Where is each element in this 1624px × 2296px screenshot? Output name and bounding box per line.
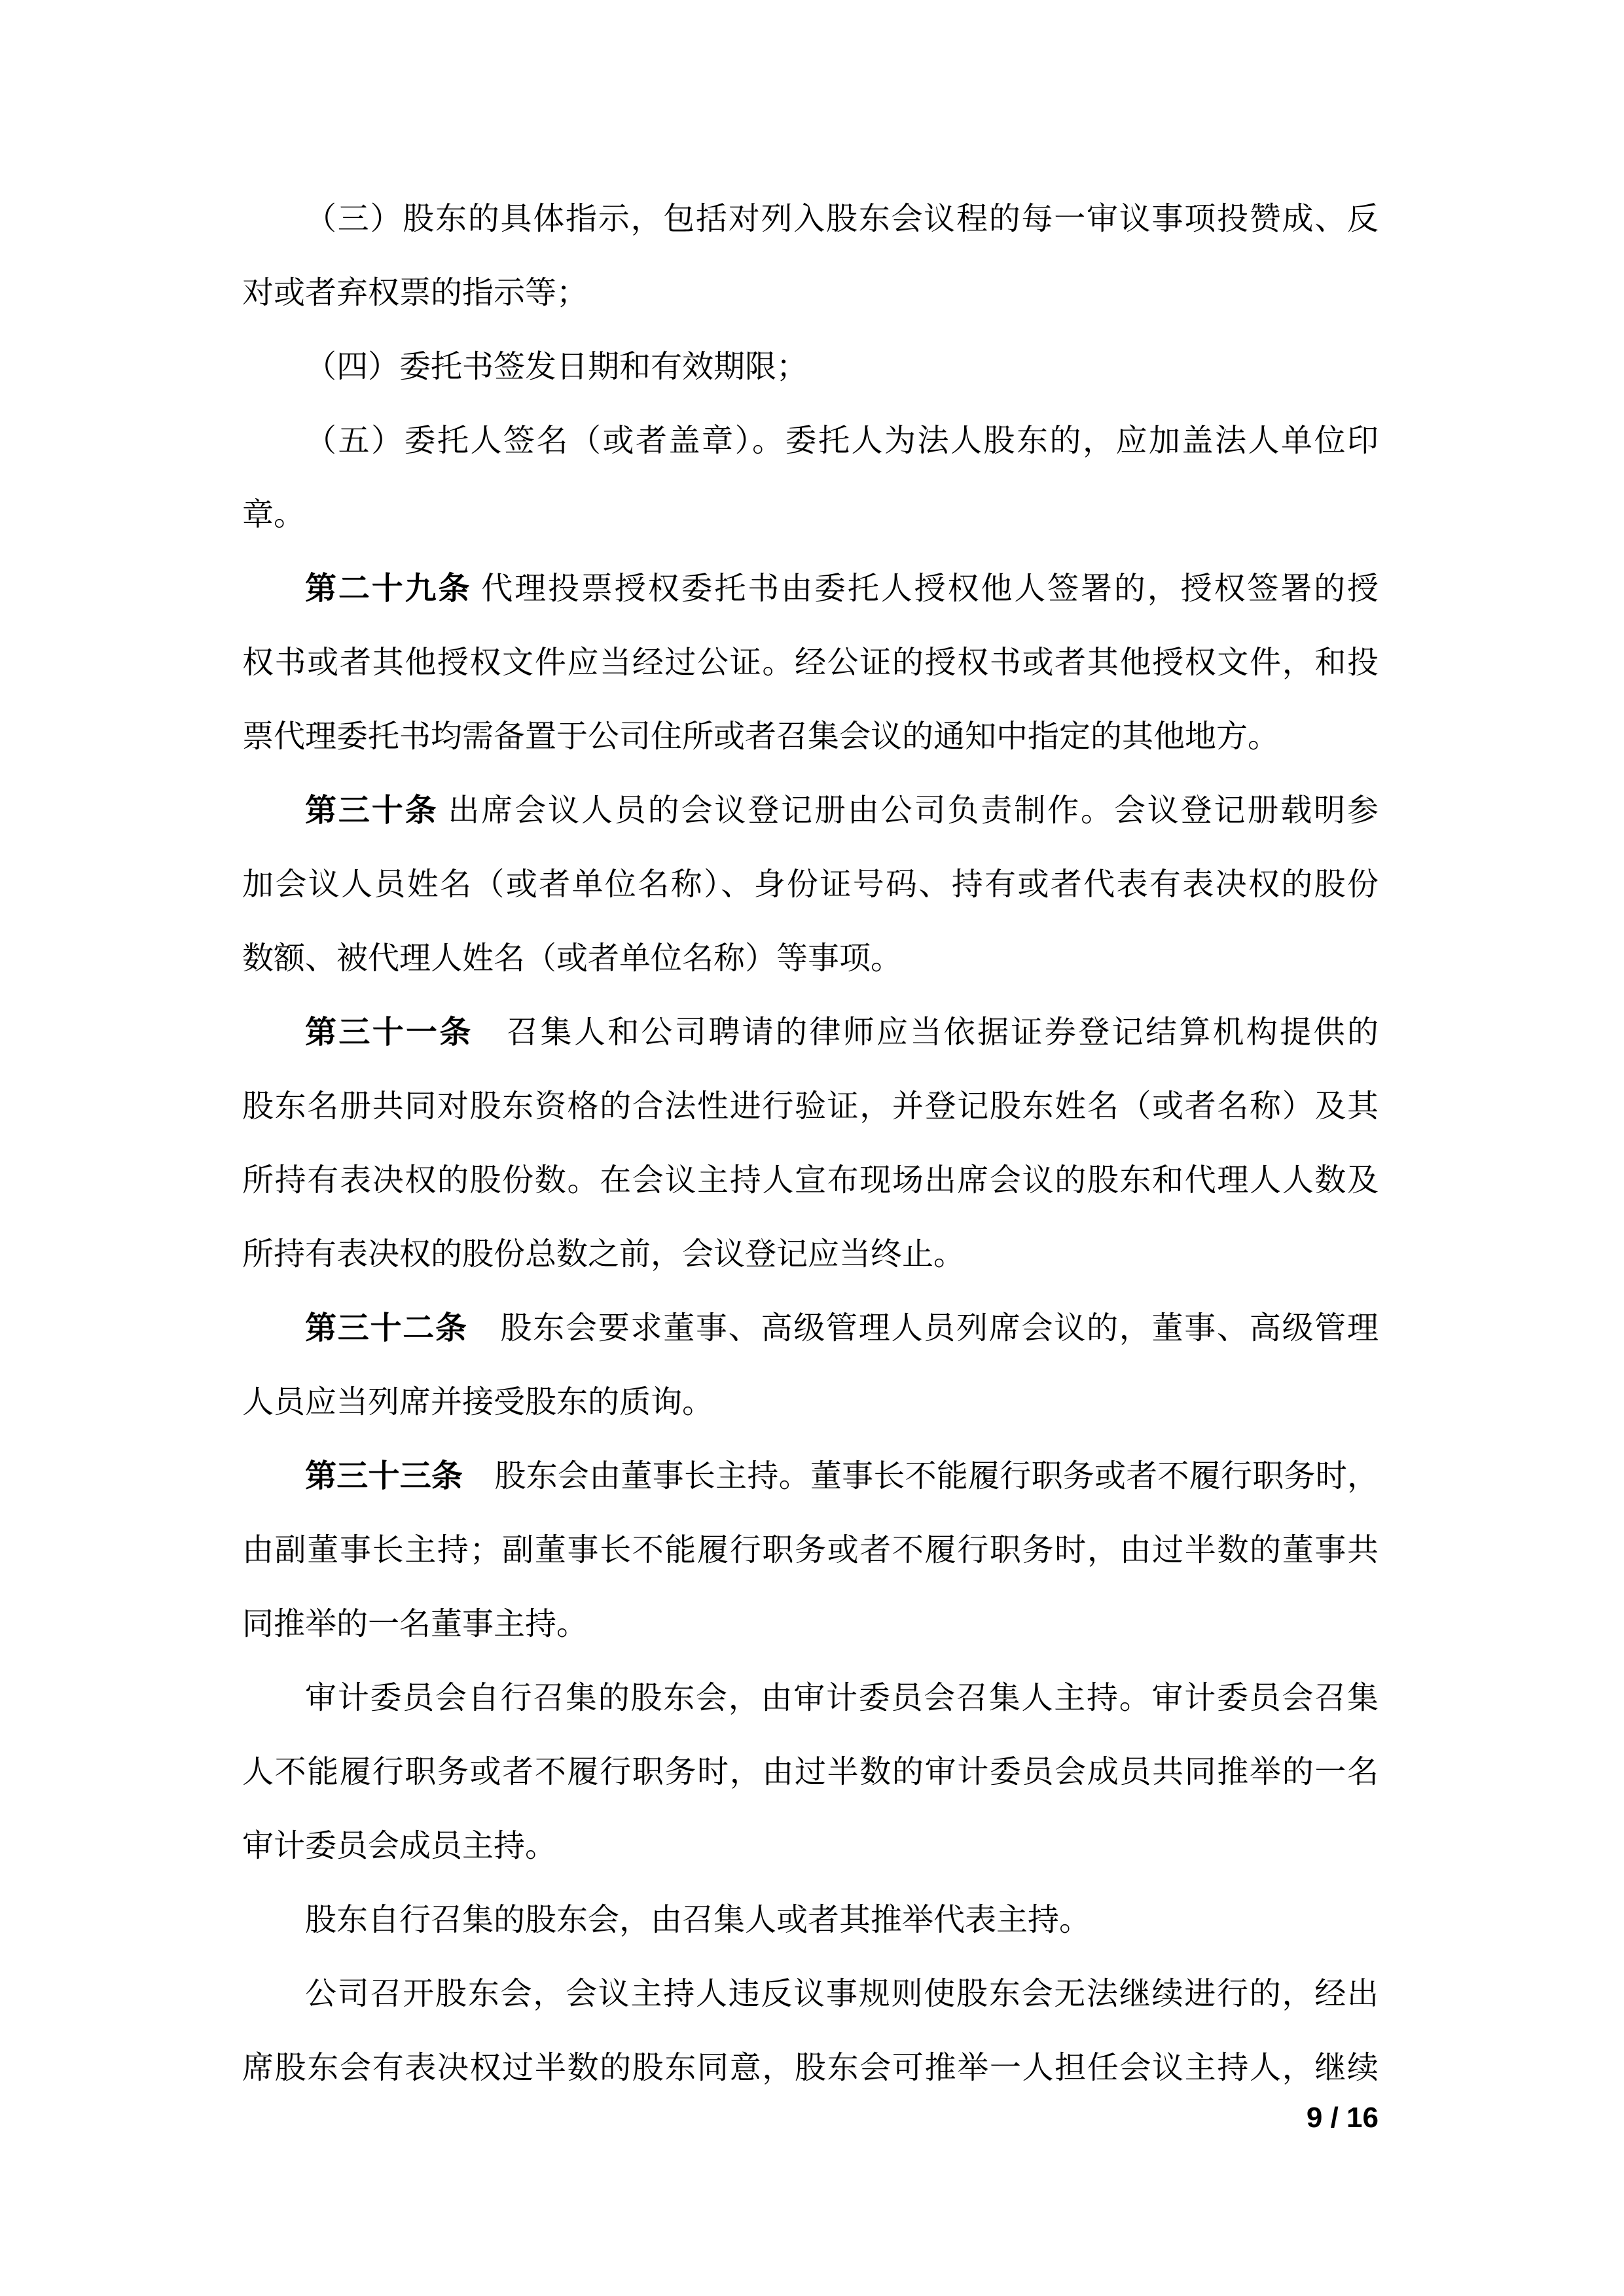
article-number: 第二十九条 <box>305 571 471 606</box>
text-line: 加会议人员姓名（或者单位名称）、身份证号码、持有或者代表有表决权的股份 <box>242 848 1379 922</box>
paragraph: （五）委托人签名（或者盖章）。委托人为法人股东的，应加盖法人单位印章。 <box>242 404 1379 552</box>
text-line: 同推举的一名董事主持。 <box>242 1587 1379 1661</box>
paragraph: 第二十九条 代理投票授权委托书由委托人授权他人签署的，授权签署的授权书或者其他授… <box>242 552 1379 774</box>
text-line: 人不能履行职务或者不履行职务时，由过半数的审计委员会成员共同推举的一名 <box>242 1735 1379 1809</box>
text-line: 第三十一条 召集人和公司聘请的律师应当依据证券登记结算机构提供的 <box>242 996 1379 1069</box>
text-line: 第三十三条 股东会由董事长主持。董事长不能履行职务或者不履行职务时， <box>242 1439 1379 1513</box>
text-line: （四）委托书签发日期和有效期限； <box>242 330 1379 404</box>
paragraph: 第三十二条 股东会要求董事、高级管理人员列席会议的，董事、高级管理人员应当列席并… <box>242 1291 1379 1439</box>
text-line: （五）委托人签名（或者盖章）。委托人为法人股东的，应加盖法人单位印 <box>242 404 1379 478</box>
paragraph: 第三十一条 召集人和公司聘请的律师应当依据证券登记结算机构提供的股东名册共同对股… <box>242 996 1379 1291</box>
paragraph: （四）委托书签发日期和有效期限； <box>242 330 1379 404</box>
text-line: 第二十九条 代理投票授权委托书由委托人授权他人签署的，授权签署的授 <box>242 552 1379 626</box>
text-line: 由副董事长主持；副董事长不能履行职务或者不履行职务时，由过半数的董事共 <box>242 1513 1379 1587</box>
article-number: 第三十条 <box>305 793 439 828</box>
paragraph: 审计委员会自行召集的股东会，由审计委员会召集人主持。审计委员会召集人不能履行职务… <box>242 1661 1379 1883</box>
text-line: 对或者弃权票的指示等； <box>242 256 1379 330</box>
text-line: 章。 <box>242 478 1379 552</box>
page: （三）股东的具体指示，包括对列入股东会议程的每一审议事项投赞成、反对或者弃权票的… <box>0 0 1624 2296</box>
document-body: （三）股东的具体指示，包括对列入股东会议程的每一审议事项投赞成、反对或者弃权票的… <box>242 182 1379 2105</box>
text-line: （三）股东的具体指示，包括对列入股东会议程的每一审议事项投赞成、反 <box>242 182 1379 256</box>
text-line: 审计委员会自行召集的股东会，由审计委员会召集人主持。审计委员会召集 <box>242 1661 1379 1735</box>
paragraph: 第三十条 出席会议人员的会议登记册由公司负责制作。会议登记册载明参加会议人员姓名… <box>242 774 1379 996</box>
article-number: 第三十一条 <box>305 1015 473 1050</box>
text-line: 所持有表决权的股份总数之前，会议登记应当终止。 <box>242 1217 1379 1291</box>
text-line: 所持有表决权的股份数。在会议主持人宣布现场出席会议的股东和代理人人数及 <box>242 1143 1379 1217</box>
paragraph: 公司召开股东会，会议主持人违反议事规则使股东会无法继续进行的，经出席股东会有表决… <box>242 1957 1379 2105</box>
article-number: 第三十三条 <box>305 1459 463 1494</box>
paragraph: 第三十三条 股东会由董事长主持。董事长不能履行职务或者不履行职务时，由副董事长主… <box>242 1439 1379 1661</box>
text-line: 权书或者其他授权文件应当经过公证。经公证的授权书或者其他授权文件，和投 <box>242 626 1379 700</box>
paragraph: 股东自行召集的股东会，由召集人或者其推举代表主持。 <box>242 1883 1379 1957</box>
text-line: 公司召开股东会，会议主持人违反议事规则使股东会无法继续进行的，经出 <box>242 1957 1379 2031</box>
article-number: 第三十二条 <box>305 1311 468 1346</box>
text-line: 股东自行召集的股东会，由召集人或者其推举代表主持。 <box>242 1883 1379 1957</box>
text-line: 人员应当列席并接受股东的质询。 <box>242 1365 1379 1439</box>
text-line: 席股东会有表决权过半数的股东同意，股东会可推举一人担任会议主持人，继续 <box>242 2031 1379 2105</box>
text-line: 第三十二条 股东会要求董事、高级管理人员列席会议的，董事、高级管理 <box>242 1291 1379 1365</box>
paragraph: （三）股东的具体指示，包括对列入股东会议程的每一审议事项投赞成、反对或者弃权票的… <box>242 182 1379 330</box>
text-line: 票代理委托书均需备置于公司住所或者召集会议的通知中指定的其他地方。 <box>242 700 1379 774</box>
text-line: 数额、被代理人姓名（或者单位名称）等事项。 <box>242 922 1379 996</box>
page-number: 9 / 16 <box>1307 2102 1379 2134</box>
text-line: 股东名册共同对股东资格的合法性进行验证，并登记股东姓名（或者名称）及其 <box>242 1069 1379 1143</box>
text-line: 第三十条 出席会议人员的会议登记册由公司负责制作。会议登记册载明参 <box>242 774 1379 848</box>
text-line: 审计委员会成员主持。 <box>242 1809 1379 1883</box>
